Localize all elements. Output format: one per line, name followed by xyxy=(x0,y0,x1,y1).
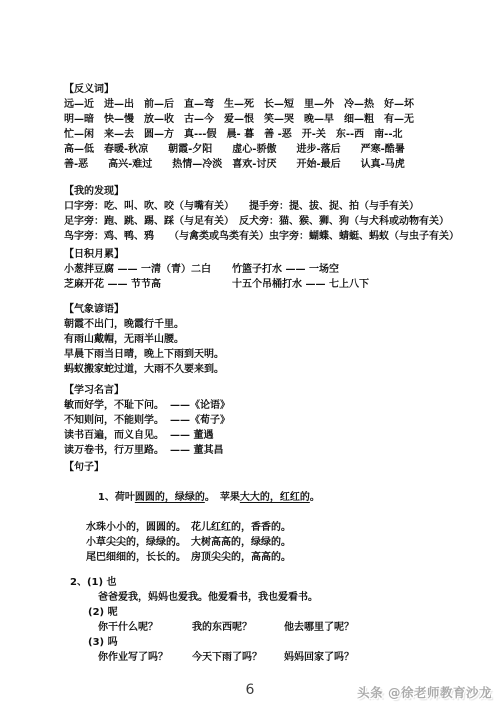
proverb-right: 十五个吊桶打水 —— 七上八下 xyxy=(232,277,369,292)
sentence-text: 我的东西呢？ xyxy=(192,620,284,635)
proverb-row: 小葱拌豆腐 —— 一清（青）二白 竹篮子打水 —— 一场空 xyxy=(64,262,464,277)
quote-row: 敏而好学，不耻下问。 ——《论语》 xyxy=(64,398,464,413)
quote-source: ——《荀子》 xyxy=(170,413,230,428)
sentence-text: 你作业写了吗？ xyxy=(98,650,192,665)
quote-source: —— 董遇 xyxy=(170,428,213,443)
sentence-text: 今天下雨了吗？ xyxy=(192,650,284,665)
sentence-row: 你作业写了吗？ 今天下雨了吗？ 妈妈回家了吗？ xyxy=(64,650,464,665)
section-sentences: 【句子】 1、荷叶圆圆的，绿绿的。 苹果大大的，红红的。 水珠小小的，圆圆的。 … xyxy=(64,460,464,665)
quote-row: 读万卷书，行万里路。 —— 董其昌 xyxy=(64,443,464,458)
sentence-subheading: (3) 吗 xyxy=(64,635,464,650)
quote-row: 不知则问，不能则学。 ——《荀子》 xyxy=(64,413,464,428)
sentence-row: 尾巴细细的，长长的。 房顶尖尖的，高高的。 xyxy=(64,550,464,565)
sentence-text: 他去哪里了呢？ xyxy=(284,620,354,635)
sentence-row: 你干什么呢？ 我的东西呢？ 他去哪里了呢？ xyxy=(64,620,464,635)
section-title: 【气象谚语】 xyxy=(64,302,464,317)
radical-row: 鸟字旁：鸡、鸭、鸦 （与禽类或鸟类有关）虫字旁：蝴蝶、蜻蜓、蚂蚁（与虫子有关） xyxy=(64,229,464,244)
section-study-quotes: 【学习名言】 敏而好学，不耻下问。 ——《论语》 不知则问，不能则学。 ——《荀… xyxy=(64,383,464,458)
document-content: 【反义词】 远—近 进—出 前—后 直—弯 生—死 长—短 里—外 冷—热 好—… xyxy=(64,82,464,665)
section-my-discovery: 【我的发现】 口字旁：吃、叫、吹、咬（与嘴有关） 提手旁：提、拔、捉、拍（与手有… xyxy=(64,184,464,244)
radical-row: 口字旁：吃、叫、吹、咬（与嘴有关） 提手旁：提、拔、捉、拍（与手有关） xyxy=(64,199,464,214)
antonym-row: 明—暗 快—慢 放—收 古—今 爱—恨 笑—哭 晚—早 细—粗 有—无 xyxy=(64,112,464,127)
section-title: 【学习名言】 xyxy=(64,383,464,398)
weather-row: 早晨下雨当日晴，晚上下雨到天明。 xyxy=(64,347,464,362)
sentence-text: 1、荷叶 xyxy=(98,492,135,503)
quote-text: 读书百遍，而义自见。 xyxy=(64,428,170,443)
quote-source: ——《论语》 xyxy=(170,398,230,413)
section-antonyms: 【反义词】 远—近 进—出 前—后 直—弯 生—死 长—短 里—外 冷—热 好—… xyxy=(64,82,464,172)
proverb-row: 芝麻开花 —— 节节高 十五个吊桶打水 —— 七上八下 xyxy=(64,277,464,292)
weather-row: 蚂蚁搬家蛇过道，大雨不久要来到。 xyxy=(64,362,464,377)
antonym-row: 善-恶 高兴-难过 热情—冷淡 喜欢-讨厌 开始-最后 认真-马虎 xyxy=(64,157,464,172)
underlined-phrase: 圆圆的，绿绿的 xyxy=(135,492,205,503)
quote-text: 读万卷书，行万里路。 xyxy=(64,443,170,458)
section-title: 【日积月累】 xyxy=(64,247,464,262)
proverb-left: 小葱拌豆腐 —— 一清（青）二白 xyxy=(64,262,232,277)
sentence-text: 他爱看书，我也爱看书。 xyxy=(208,590,318,605)
sentence-text: 。 xyxy=(310,492,320,503)
quote-text: 不知则问，不能则学。 xyxy=(64,413,170,428)
quote-text: 敏而好学，不耻下问。 xyxy=(64,398,170,413)
proverb-left: 芝麻开花 —— 节节高 xyxy=(64,277,232,292)
sentence-text: 苹果 xyxy=(210,492,240,503)
weather-row: 有雨山戴帽，无雨半山腰。 xyxy=(64,332,464,347)
watermark: 头条 @徐老师教育沙龙 xyxy=(357,683,492,701)
document-page: 【反义词】 远—近 进—出 前—后 直—弯 生—死 长—短 里—外 冷—热 好—… xyxy=(0,0,500,706)
antonym-row: 高—低 春暖-秋凉 朝霞-夕阳 虚心-骄傲 进步-落后 严寒-酷暑 xyxy=(64,142,464,157)
section-accumulation: 【日积月累】 小葱拌豆腐 —— 一清（青）二白 竹篮子打水 —— 一场空 芝麻开… xyxy=(64,247,464,292)
sentence-item2-heading: 2、(1) 也 xyxy=(64,575,464,590)
proverb-right: 竹篮子打水 —— 一场空 xyxy=(232,262,339,277)
radical-row: 足字旁：跑、跳、踢、踩（与足有关） 反犬旁：猫、猴、狮、狗（与犬科或动物有关） xyxy=(64,214,464,229)
underlined-phrase: 大大的，红红的 xyxy=(240,492,310,503)
section-weather-proverbs: 【气象谚语】 朝霞不出门，晚霞行千里。 有雨山戴帽，无雨半山腰。 早晨下雨当日晴… xyxy=(64,302,464,377)
sentence-row: 水珠小小的，圆圆的。 花儿红红的，香香的。 xyxy=(64,520,464,535)
quote-row: 读书百遍，而义自见。 —— 董遇 xyxy=(64,428,464,443)
section-title: 【我的发现】 xyxy=(64,184,464,199)
sentence-subheading: (2) 呢 xyxy=(64,605,464,620)
section-title: 【句子】 xyxy=(64,460,464,475)
weather-row: 朝霞不出门，晚霞行千里。 xyxy=(64,317,464,332)
sentence-text: 爸爸爱我，妈妈也爱我。 xyxy=(98,590,208,605)
sentence-row: 1、荷叶圆圆的，绿绿的。 苹果大大的，红红的。 xyxy=(64,475,464,520)
sentence-text: 你干什么呢？ xyxy=(98,620,192,635)
sentence-row: 小草尖尖的，绿绿的。 大树高高的，绿绿的。 xyxy=(64,535,464,550)
section-title: 【反义词】 xyxy=(64,82,464,97)
sentence-text: 妈妈回家了吗？ xyxy=(284,650,354,665)
sentence-row: 爸爸爱我，妈妈也爱我。 他爱看书，我也爱看书。 xyxy=(64,590,464,605)
quote-source: —— 董其昌 xyxy=(170,443,223,458)
antonym-row: 忙—闲 来—去 圆—方 真---假 晨- 暮 善 -恶 开-关 东--西 南--… xyxy=(64,127,464,142)
antonym-row: 远—近 进—出 前—后 直—弯 生—死 长—短 里—外 冷—热 好—坏 xyxy=(64,97,464,112)
